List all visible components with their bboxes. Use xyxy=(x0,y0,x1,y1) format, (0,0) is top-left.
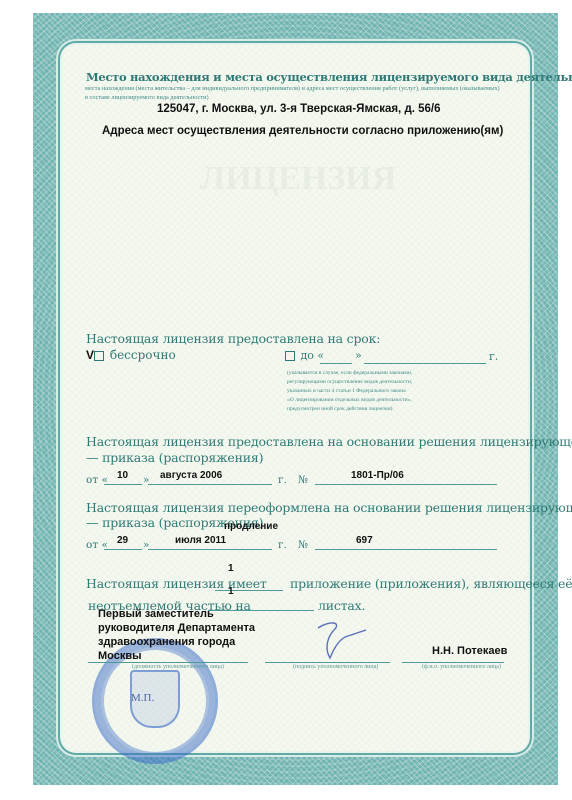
caption-position: (должность уполномоченного лица) xyxy=(132,664,224,670)
caption-signature: (подпись уполномоченного лица) xyxy=(293,664,378,670)
reissue-note: продление xyxy=(224,521,278,532)
appendix-label-line2-end: листах. xyxy=(318,598,365,613)
appendix-sheets: 1 xyxy=(228,586,234,597)
check-mark-icon: V xyxy=(86,348,94,362)
signer-position-line: руководителя Департамента xyxy=(98,621,255,635)
appendix-label-start: Настоящая лицензия имеет xyxy=(86,576,267,591)
until-note-line: указанных в части 4 статьи 1 Федеральног… xyxy=(287,387,412,396)
until-checkbox[interactable] xyxy=(285,351,295,361)
until-note-line: «О лицензировании отдельных видов деятел… xyxy=(287,396,412,405)
term-until-option[interactable]: до « xyxy=(285,349,324,362)
until-quote-close: » xyxy=(355,349,362,362)
signer-name: Н.Н. Потекаев xyxy=(432,645,507,657)
signer-position-line: здравоохранения города xyxy=(98,635,255,649)
appendix-count: 1 xyxy=(228,563,234,574)
until-label: до « xyxy=(301,349,325,362)
until-date-field[interactable] xyxy=(364,363,486,364)
signer-position-line: Первый заместитель xyxy=(98,607,255,621)
basis-month-year: августа 2006 xyxy=(160,470,222,481)
reissue-date-field xyxy=(148,549,272,550)
reissue-day: 29 xyxy=(117,535,128,546)
signature-scribble-icon xyxy=(310,618,370,666)
until-note-line: регулирующими осуществление видов деятел… xyxy=(287,378,412,387)
basis-number-field xyxy=(315,484,497,485)
addresses-note: Адреса мест осуществления деятельности с… xyxy=(102,125,503,137)
basis-label-line1: Настоящая лицензия предоставлена на осно… xyxy=(86,434,572,449)
reissue-number-field xyxy=(315,549,497,550)
header-note-line2: места нахождения (места жительства – для… xyxy=(85,84,500,93)
basis-number-sign: № xyxy=(298,474,308,486)
reissue-number: 697 xyxy=(356,535,373,546)
appendix-label-end: приложение (приложения), являющееся её xyxy=(290,576,572,591)
seal-label: М.П. xyxy=(131,692,154,704)
indefinite-label: бессрочно xyxy=(110,348,176,362)
position-line xyxy=(88,662,248,663)
basis-day-field xyxy=(104,484,142,485)
name-line xyxy=(402,662,504,663)
reissue-number-sign: № xyxy=(298,539,308,551)
until-note-line: предусмотрен иной срок действия лицензии… xyxy=(287,405,412,414)
signature-line xyxy=(265,662,390,663)
until-note: (указывается в случае, если федеральными… xyxy=(287,369,412,414)
basis-label-line2: — приказа (распоряжения) xyxy=(86,450,263,465)
indefinite-checkbox[interactable] xyxy=(94,351,104,361)
address: 125047, г. Москва, ул. 3-я Тверская-Ямск… xyxy=(157,103,441,115)
reissue-year-suffix: г. xyxy=(278,539,287,551)
appendix-count-field xyxy=(215,590,283,591)
header-title-text: Место нахождения и места осуществления л… xyxy=(86,70,572,84)
until-day-field[interactable] xyxy=(320,363,352,364)
until-year-suffix: г. xyxy=(489,350,498,363)
term-indefinite-option[interactable]: V бессрочно xyxy=(86,348,176,362)
until-note-line: (указывается в случае, если федеральными… xyxy=(287,369,412,378)
signer-position: Первый заместитель руководителя Департам… xyxy=(98,607,255,663)
reissue-day-field xyxy=(104,549,142,550)
basis-date-field xyxy=(148,484,272,485)
reissue-label-line1: Настоящая лицензия переоформлена на осно… xyxy=(86,500,572,515)
basis-year-suffix: г. xyxy=(278,474,287,486)
basis-number: 1801-Пр/06 xyxy=(351,470,404,481)
ghost-title-bleed: ЛИЦЕНЗИЯ xyxy=(200,160,396,198)
caption-name: (ф.и.о. уполномоченного лица) xyxy=(422,664,501,670)
term-label: Настоящая лицензия предоставлена на срок… xyxy=(86,331,380,346)
signer-position-line: Москвы xyxy=(98,649,255,663)
basis-day: 10 xyxy=(117,470,128,481)
header-title: Место нахождения и места осуществления л… xyxy=(86,70,572,84)
header-note-line3: в составе лицензируемого вида деятельнос… xyxy=(85,93,209,102)
reissue-month-year: июля 2011 xyxy=(175,535,226,546)
